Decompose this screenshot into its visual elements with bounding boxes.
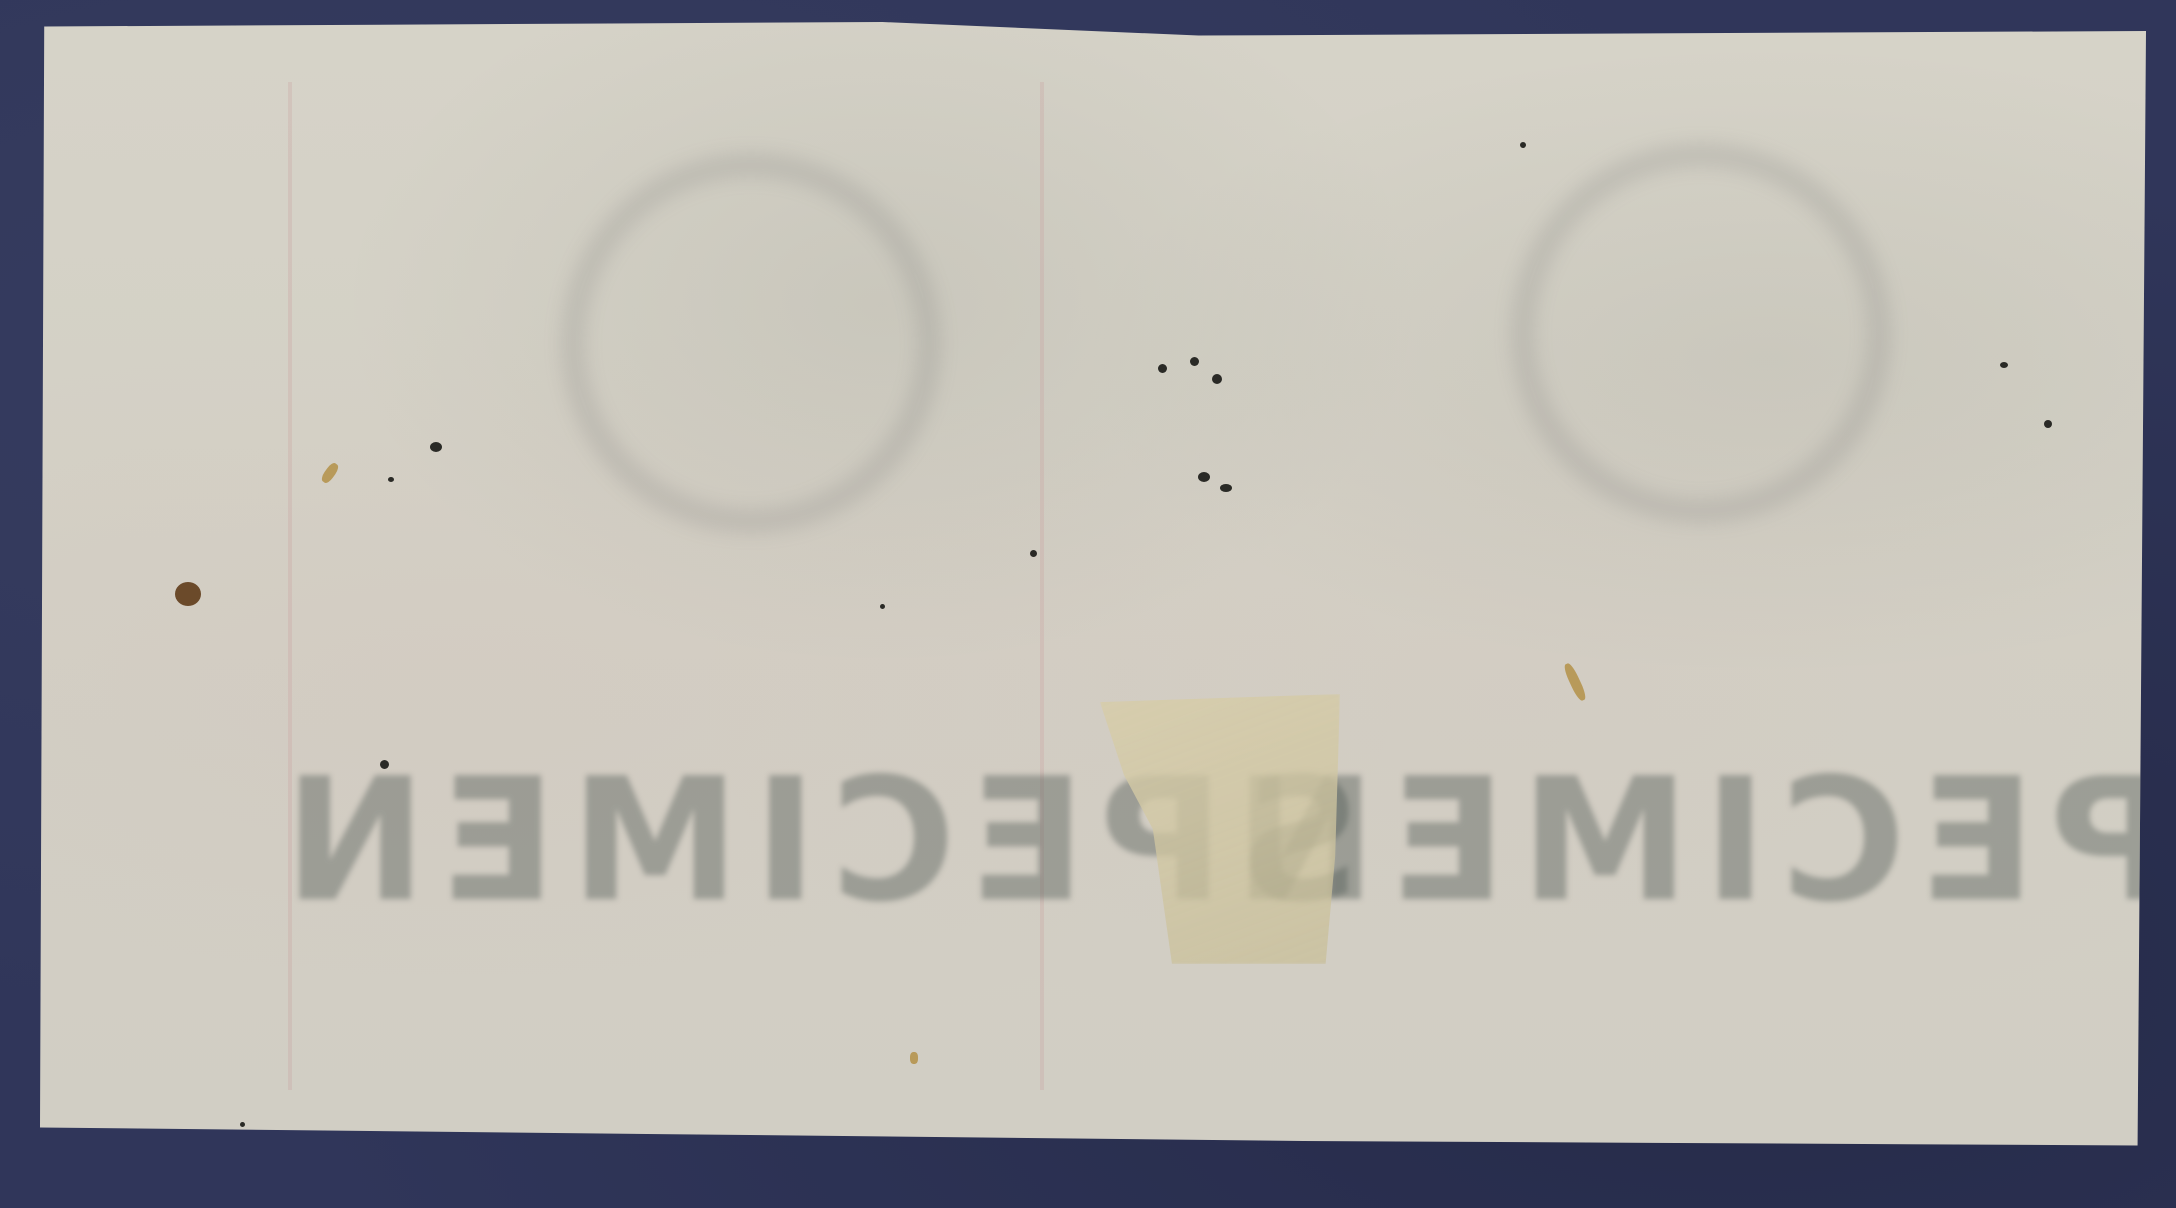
ink-spot	[1190, 357, 1199, 366]
ghost-portrait-left	[560, 152, 942, 534]
tan-fleck	[910, 1052, 918, 1064]
ink-spot	[240, 1122, 245, 1127]
ink-spot	[1198, 472, 1210, 482]
ink-spot	[2000, 362, 2008, 368]
ghost-specimen-right: SPECIMEN	[1220, 742, 2176, 940]
tan-fleck	[320, 461, 341, 485]
ink-spot	[1212, 374, 1222, 384]
ink-spot	[880, 604, 885, 609]
ink-spot	[1220, 484, 1232, 492]
stain-spot	[175, 582, 201, 606]
ink-spot	[2044, 420, 2052, 428]
ink-spot	[388, 477, 394, 482]
stamp-pair-back: SPECIMEN SPECIMEN	[40, 22, 2146, 1150]
ink-spot	[380, 760, 389, 769]
ink-spot	[430, 442, 442, 452]
ghost-portrait-right	[1510, 142, 1892, 524]
ink-spot	[1520, 142, 1526, 148]
ink-spot	[1030, 550, 1037, 557]
ink-spot	[1158, 364, 1167, 373]
tan-fleck	[1562, 662, 1588, 702]
